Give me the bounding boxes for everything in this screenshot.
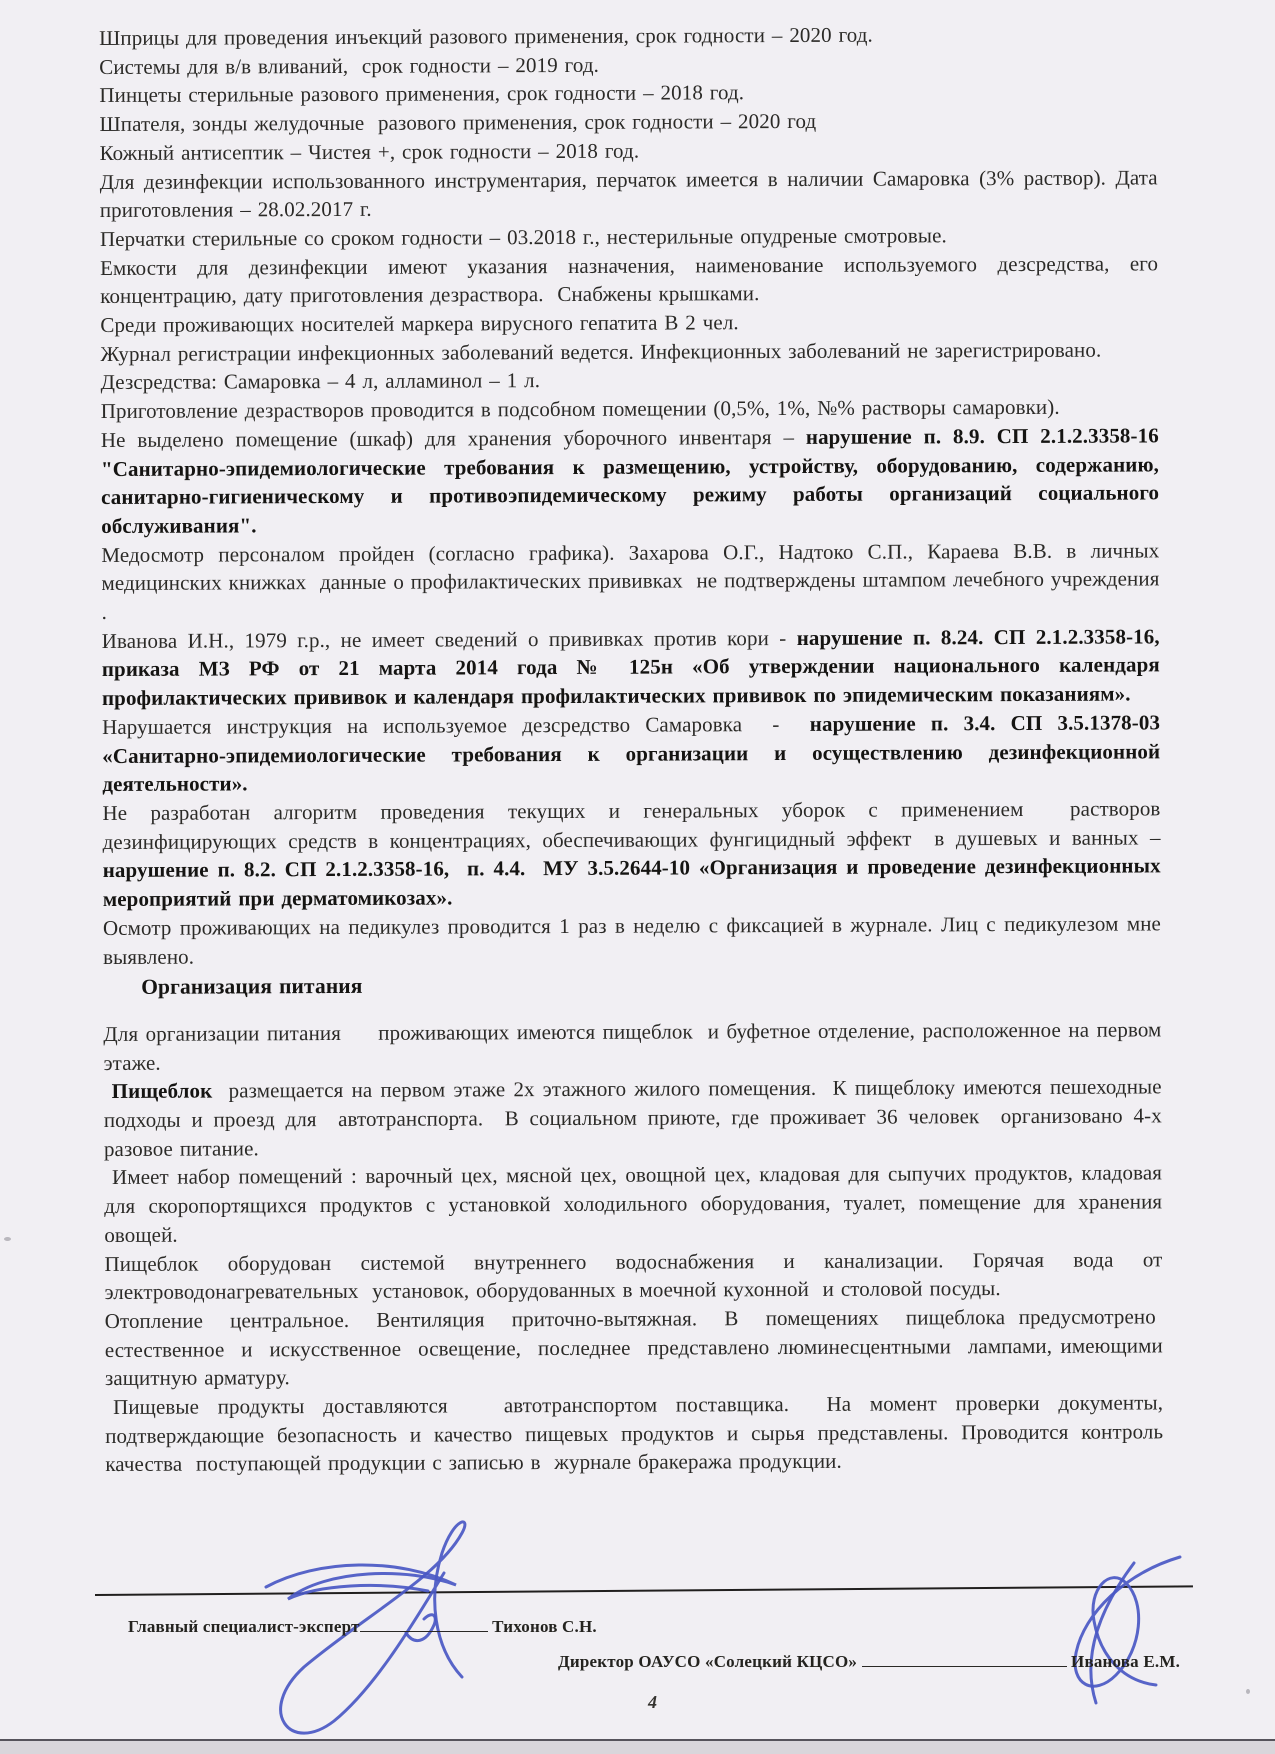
signing-line-expert: Главный специалист-эксперт Тихонов С.Н. — [128, 1617, 597, 1637]
text-segment: Кожный антисептик – Чистея +, срок годно… — [100, 138, 640, 164]
signer-title: Главный специалист-эксперт — [128, 1617, 360, 1636]
text-segment: Среди проживающих носителей маркера виру… — [100, 310, 739, 337]
text-segment: Иванова И.Н., 1979 г.р., не имеет сведен… — [102, 626, 797, 653]
scan-bottom-edge — [0, 1739, 1275, 1754]
page-number: 4 — [648, 1692, 657, 1713]
paragraph: Среди проживающих носителей маркера виру… — [100, 306, 1158, 339]
text-segment: Не разработан алгоритм проведения текущи… — [102, 796, 1160, 853]
text-segment: Имеет набор помещений : варочный цех, мя… — [104, 1161, 1162, 1247]
text-segment: Медосмотр персоналом пройден (согласно г… — [101, 538, 1159, 624]
document-body: Шприцы для проведения инъекций разового … — [99, 19, 1163, 1479]
text-segment: Нарушается инструкция на используемое де… — [102, 712, 810, 739]
paragraph: Пищеблок оборудован системой внутреннего… — [104, 1245, 1162, 1307]
paragraph: Не разработан алгоритм проведения текущи… — [102, 794, 1160, 913]
text-segment: Журнал регистрации инфекционных заболева… — [100, 337, 1101, 365]
paragraph: Перчатки стерильные со сроком годности –… — [100, 220, 1158, 253]
text-segment: Пищеблок оборудован системой внутреннего… — [104, 1247, 1162, 1304]
text-segment: Дезсредства: Самаровка – 4 л, алламинол … — [101, 369, 541, 395]
paragraph: Шпателя, зонды желудочные разового приме… — [99, 105, 1157, 138]
text-segment: Перчатки стерильные со сроком годности –… — [100, 223, 947, 251]
paragraph: Пинцеты стерильные разового применения, … — [99, 77, 1157, 110]
paragraph: Не выделено помещение (шкаф) для хранени… — [101, 421, 1159, 540]
paragraph: Медосмотр персоналом пройден (согласно г… — [101, 536, 1159, 627]
paragraph: Журнал регистрации инфекционных заболева… — [100, 335, 1158, 368]
section-heading: Организация питания — [141, 969, 1161, 1002]
text-segment: Пищевые продукты доставляются автотрансп… — [105, 1390, 1163, 1476]
text-segment: Шприцы для проведения инъекций разового … — [99, 23, 873, 50]
paragraph: Пищевые продукты доставляются автотрансп… — [105, 1388, 1163, 1479]
text-segment: Шпателя, зонды желудочные разового приме… — [99, 109, 816, 136]
text-segment: Осмотр проживающих на педикулез проводит… — [103, 911, 1161, 968]
signature-blank-line — [360, 1627, 488, 1632]
scan-speckle — [4, 1237, 11, 1241]
text-segment: Пищеблок — [112, 1079, 213, 1103]
scanned-report-page: Шприцы для проведения инъекций разового … — [0, 0, 1275, 1754]
paragraph: Дезсредства: Самаровка – 4 л, алламинол … — [101, 364, 1159, 397]
paragraph: Имеет набор помещений : варочный цех, мя… — [104, 1159, 1162, 1250]
text-segment: нарушение п. 8.2. СП 2.1.2.3358-16, п. 4… — [103, 854, 1161, 911]
signer-name: Тихонов С.Н. — [492, 1617, 597, 1636]
text-segment: Для дезинфекции использованного инструме… — [100, 165, 1158, 222]
paragraph: Осмотр проживающих на педикулез проводит… — [103, 909, 1161, 971]
text-segment: Организация питания — [141, 974, 362, 999]
paragraph: Для организации питания проживающих имею… — [103, 1015, 1161, 1077]
signature-ivanova — [928, 1545, 1228, 1715]
text-segment: Емкости для дезинфекции имеют указания н… — [100, 251, 1158, 308]
scan-speckle — [1246, 1689, 1250, 1694]
text-segment: Пинцеты стерильные разового применения, … — [99, 81, 744, 108]
signature-blank-line — [862, 1662, 1067, 1667]
paragraph: Приготовление дезрастворов проводится в … — [101, 393, 1159, 426]
paragraph: Иванова И.Н., 1979 г.р., не имеет сведен… — [102, 622, 1160, 713]
text-segment: Системы для в/в вливаний, срок годности … — [99, 53, 599, 79]
text-segment: Отопление центральное. Вентиляция приточ… — [105, 1304, 1163, 1390]
paragraph: Системы для в/в вливаний, срок годности … — [99, 48, 1157, 81]
paragraph: Отопление центральное. Вентиляция приточ… — [105, 1302, 1163, 1393]
text-segment: Не выделено помещение (шкаф) для хранени… — [101, 425, 806, 452]
text-segment: размещается на первом этаже 2х этажного … — [104, 1075, 1162, 1161]
paragraph: Нарушается инструкция на используемое де… — [102, 708, 1160, 799]
paragraph: Емкости для дезинфекции имеют указания н… — [100, 249, 1158, 311]
signer-title: Директор ОАУСО «Солецкий КЦСО» — [558, 1652, 857, 1671]
text-segment: Для организации питания проживающих имею… — [103, 1017, 1161, 1074]
signer-name: Иванова Е.М. — [1071, 1652, 1180, 1671]
scan-speckle — [258, 98, 262, 101]
paragraph: Шприцы для проведения инъекций разового … — [99, 19, 1157, 52]
paragraph: Пищеблок размещается на первом этаже 2х … — [104, 1073, 1162, 1164]
signing-line-director: Директор ОАУСО «Солецкий КЦСО» Иванова Е… — [558, 1652, 1180, 1672]
paragraph: Кожный антисептик – Чистея +, срок годно… — [100, 134, 1158, 167]
paragraph: Для дезинфекции использованного инструме… — [100, 163, 1158, 225]
text-segment: Приготовление дезрастворов проводится в … — [101, 395, 1060, 423]
footer-rule-line — [95, 1585, 1193, 1596]
